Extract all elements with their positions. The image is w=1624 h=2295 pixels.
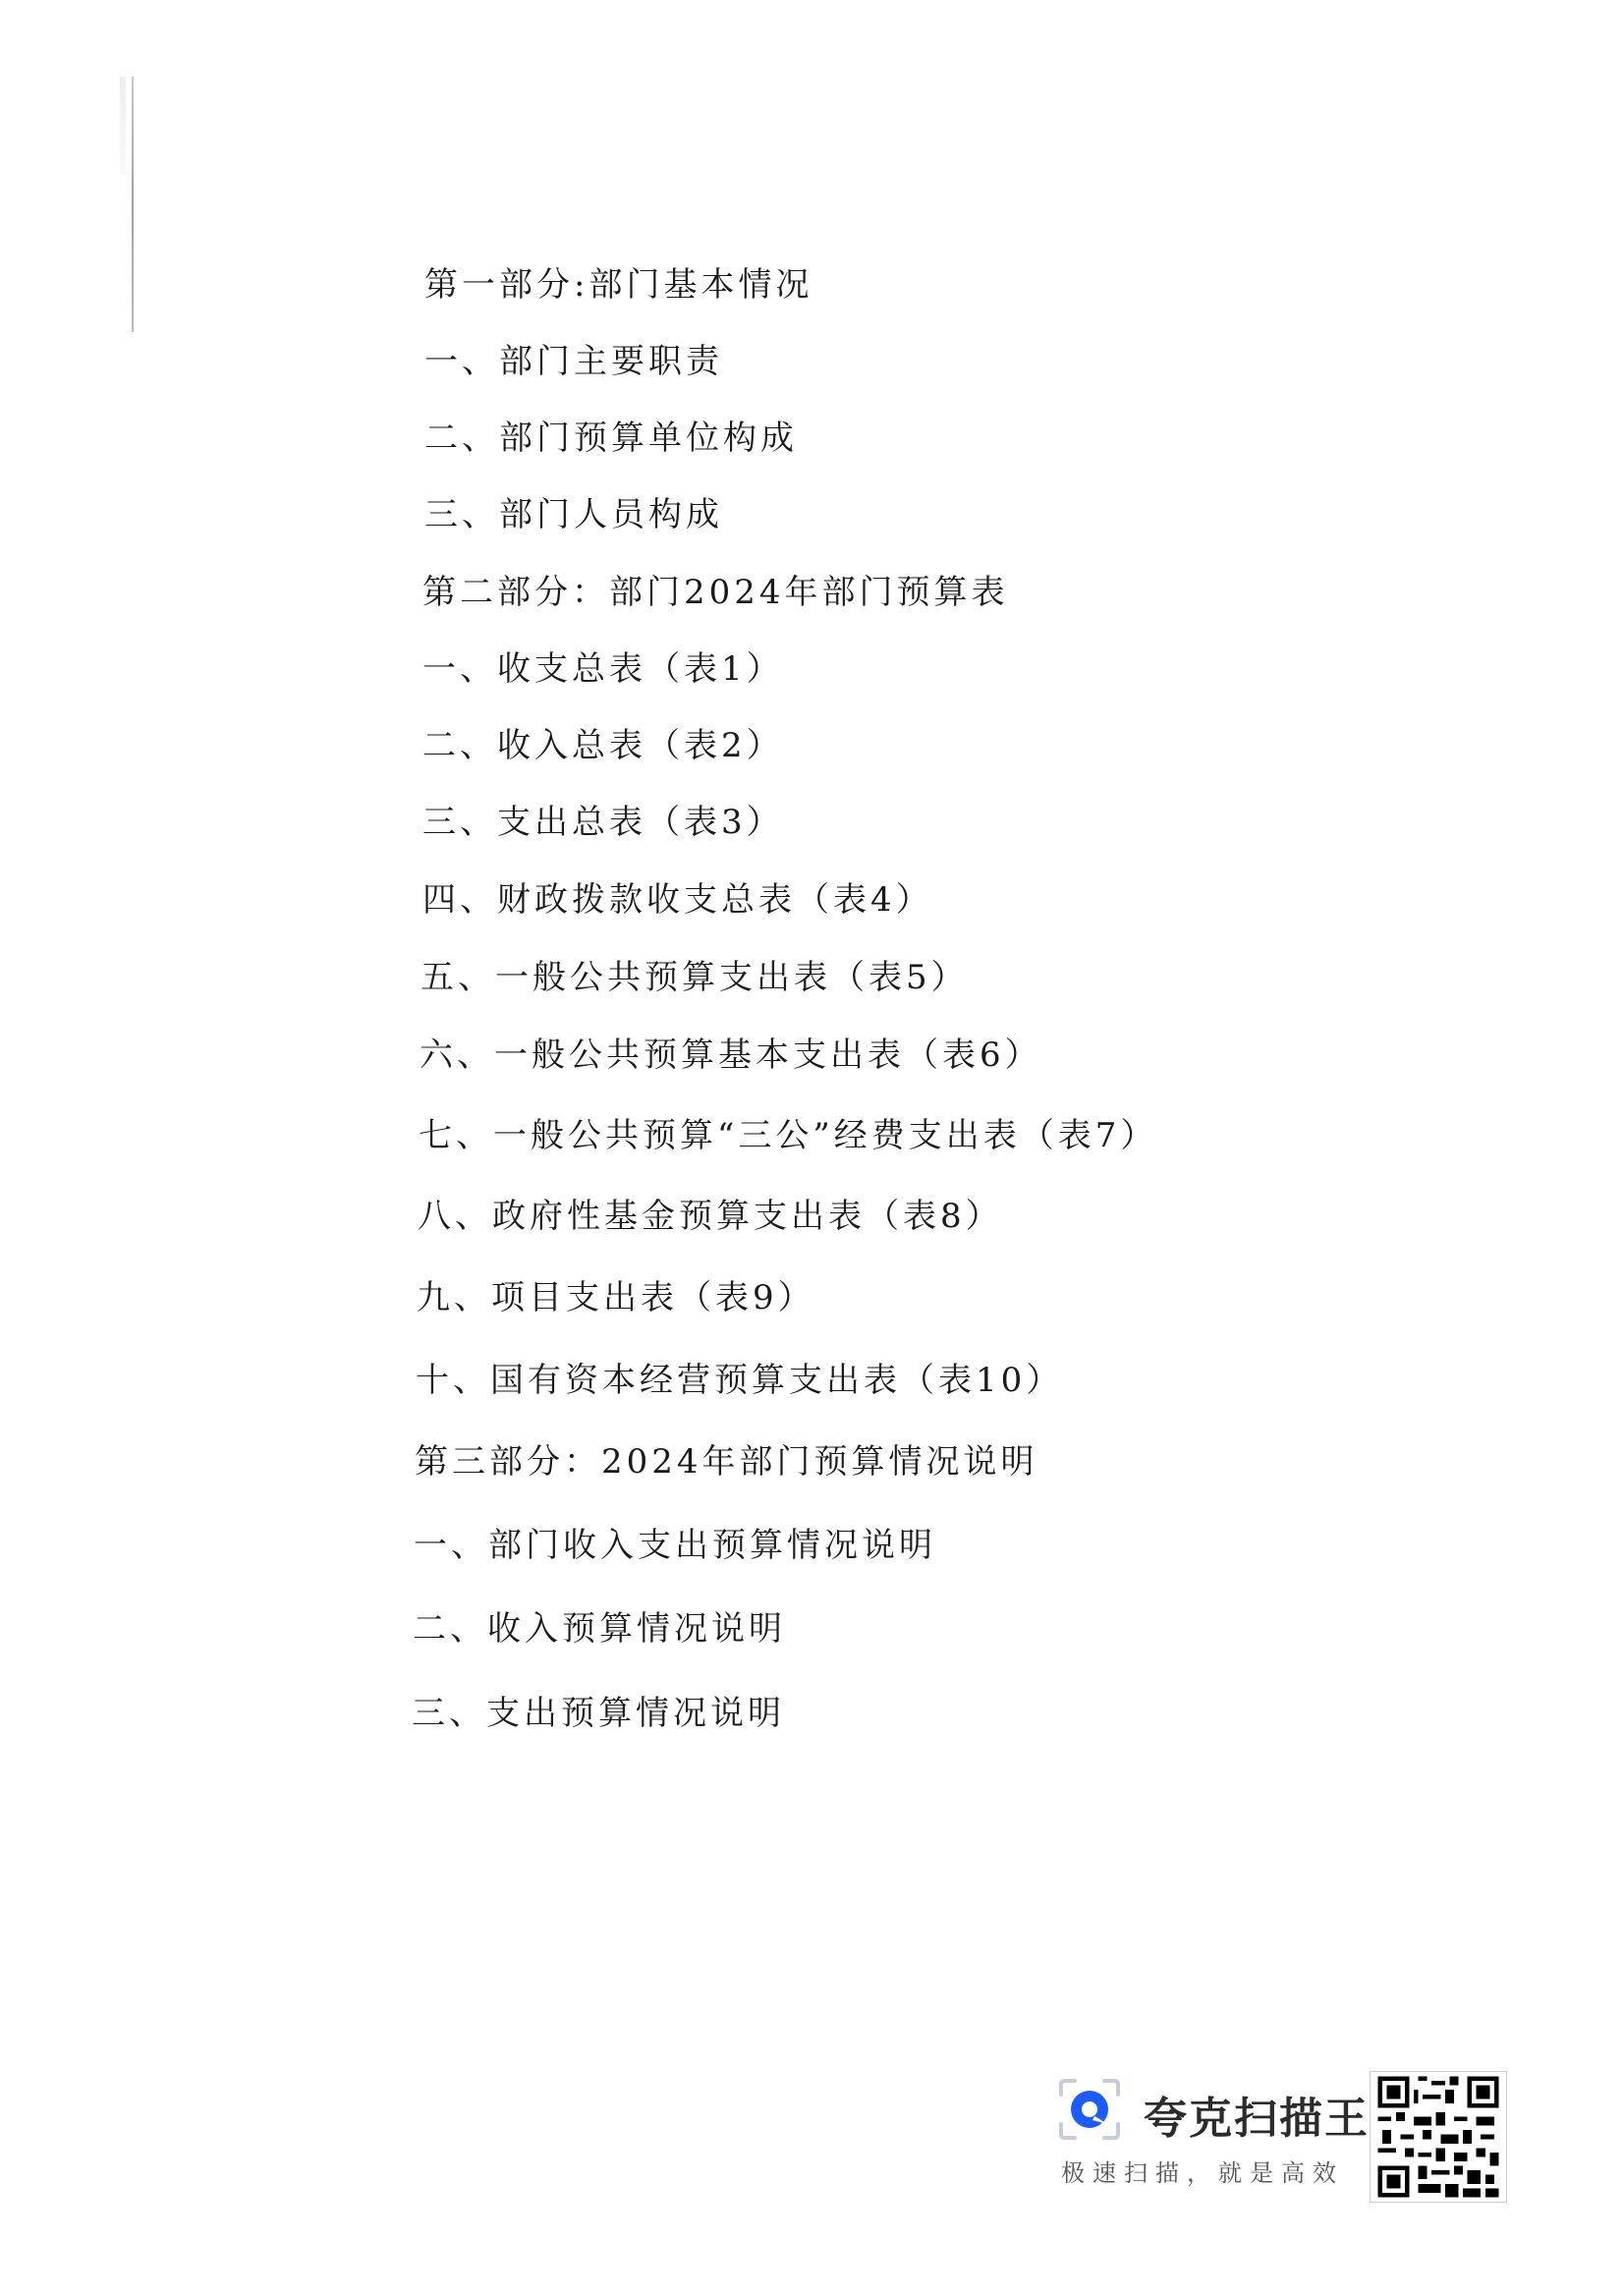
toc-item: 八、政府性基金预算支出表（表8） [418,1197,1003,1236]
toc-item: 四、财政拨款收支总表（表4） [422,880,933,920]
toc-item: 一、部门收入支出预算情况说明 [414,1526,936,1565]
toc-item: 六、一般公共预算基本支出表（表6） [420,1036,1042,1075]
toc-item: 三、支出预算情况说明 [412,1694,785,1733]
toc-item: 三、支出总表（表3） [422,803,784,842]
toc-item: 九、项目支出表（表9） [417,1278,815,1317]
scanner-watermark: 夸克扫描王 极速扫描，就是高效 [1057,2065,1509,2193]
toc-part-3: 第三部分：2024年部门预算情况说明 [415,1442,1038,1482]
qr-code-icon [1370,2071,1507,2203]
toc-item: 七、一般公共预算“三公”经费支出表（表7） [419,1116,1157,1155]
toc-item: 二、收入预算情况说明 [413,1609,786,1649]
toc-item: 一、部门主要职责 [424,342,723,381]
brand-slogan: 极速扫描，就是高效 [1061,2154,1344,2188]
toc-item: 二、收入总表（表2） [422,726,784,765]
toc-item: 五、一般公共预算支出表（表5） [420,958,969,997]
quark-scan-logo-icon [1057,2077,1122,2142]
scan-edge-line [132,77,134,332]
scan-shadow [120,77,126,175]
toc-item: 三、部门人员构成 [424,495,723,534]
brand-name: 夸克扫描王 [1144,2083,1370,2146]
toc-item: 二、部门预算单位构成 [424,419,798,458]
toc-item: 十、国有资本经营预算支出表（表10） [416,1361,1063,1400]
toc-item: 一、收支总表（表1） [422,649,784,689]
toc-part-2: 第二部分：部门2024年部门预算表 [422,573,1009,612]
toc-part-1: 第一部分:部门基本情况 [424,265,812,305]
